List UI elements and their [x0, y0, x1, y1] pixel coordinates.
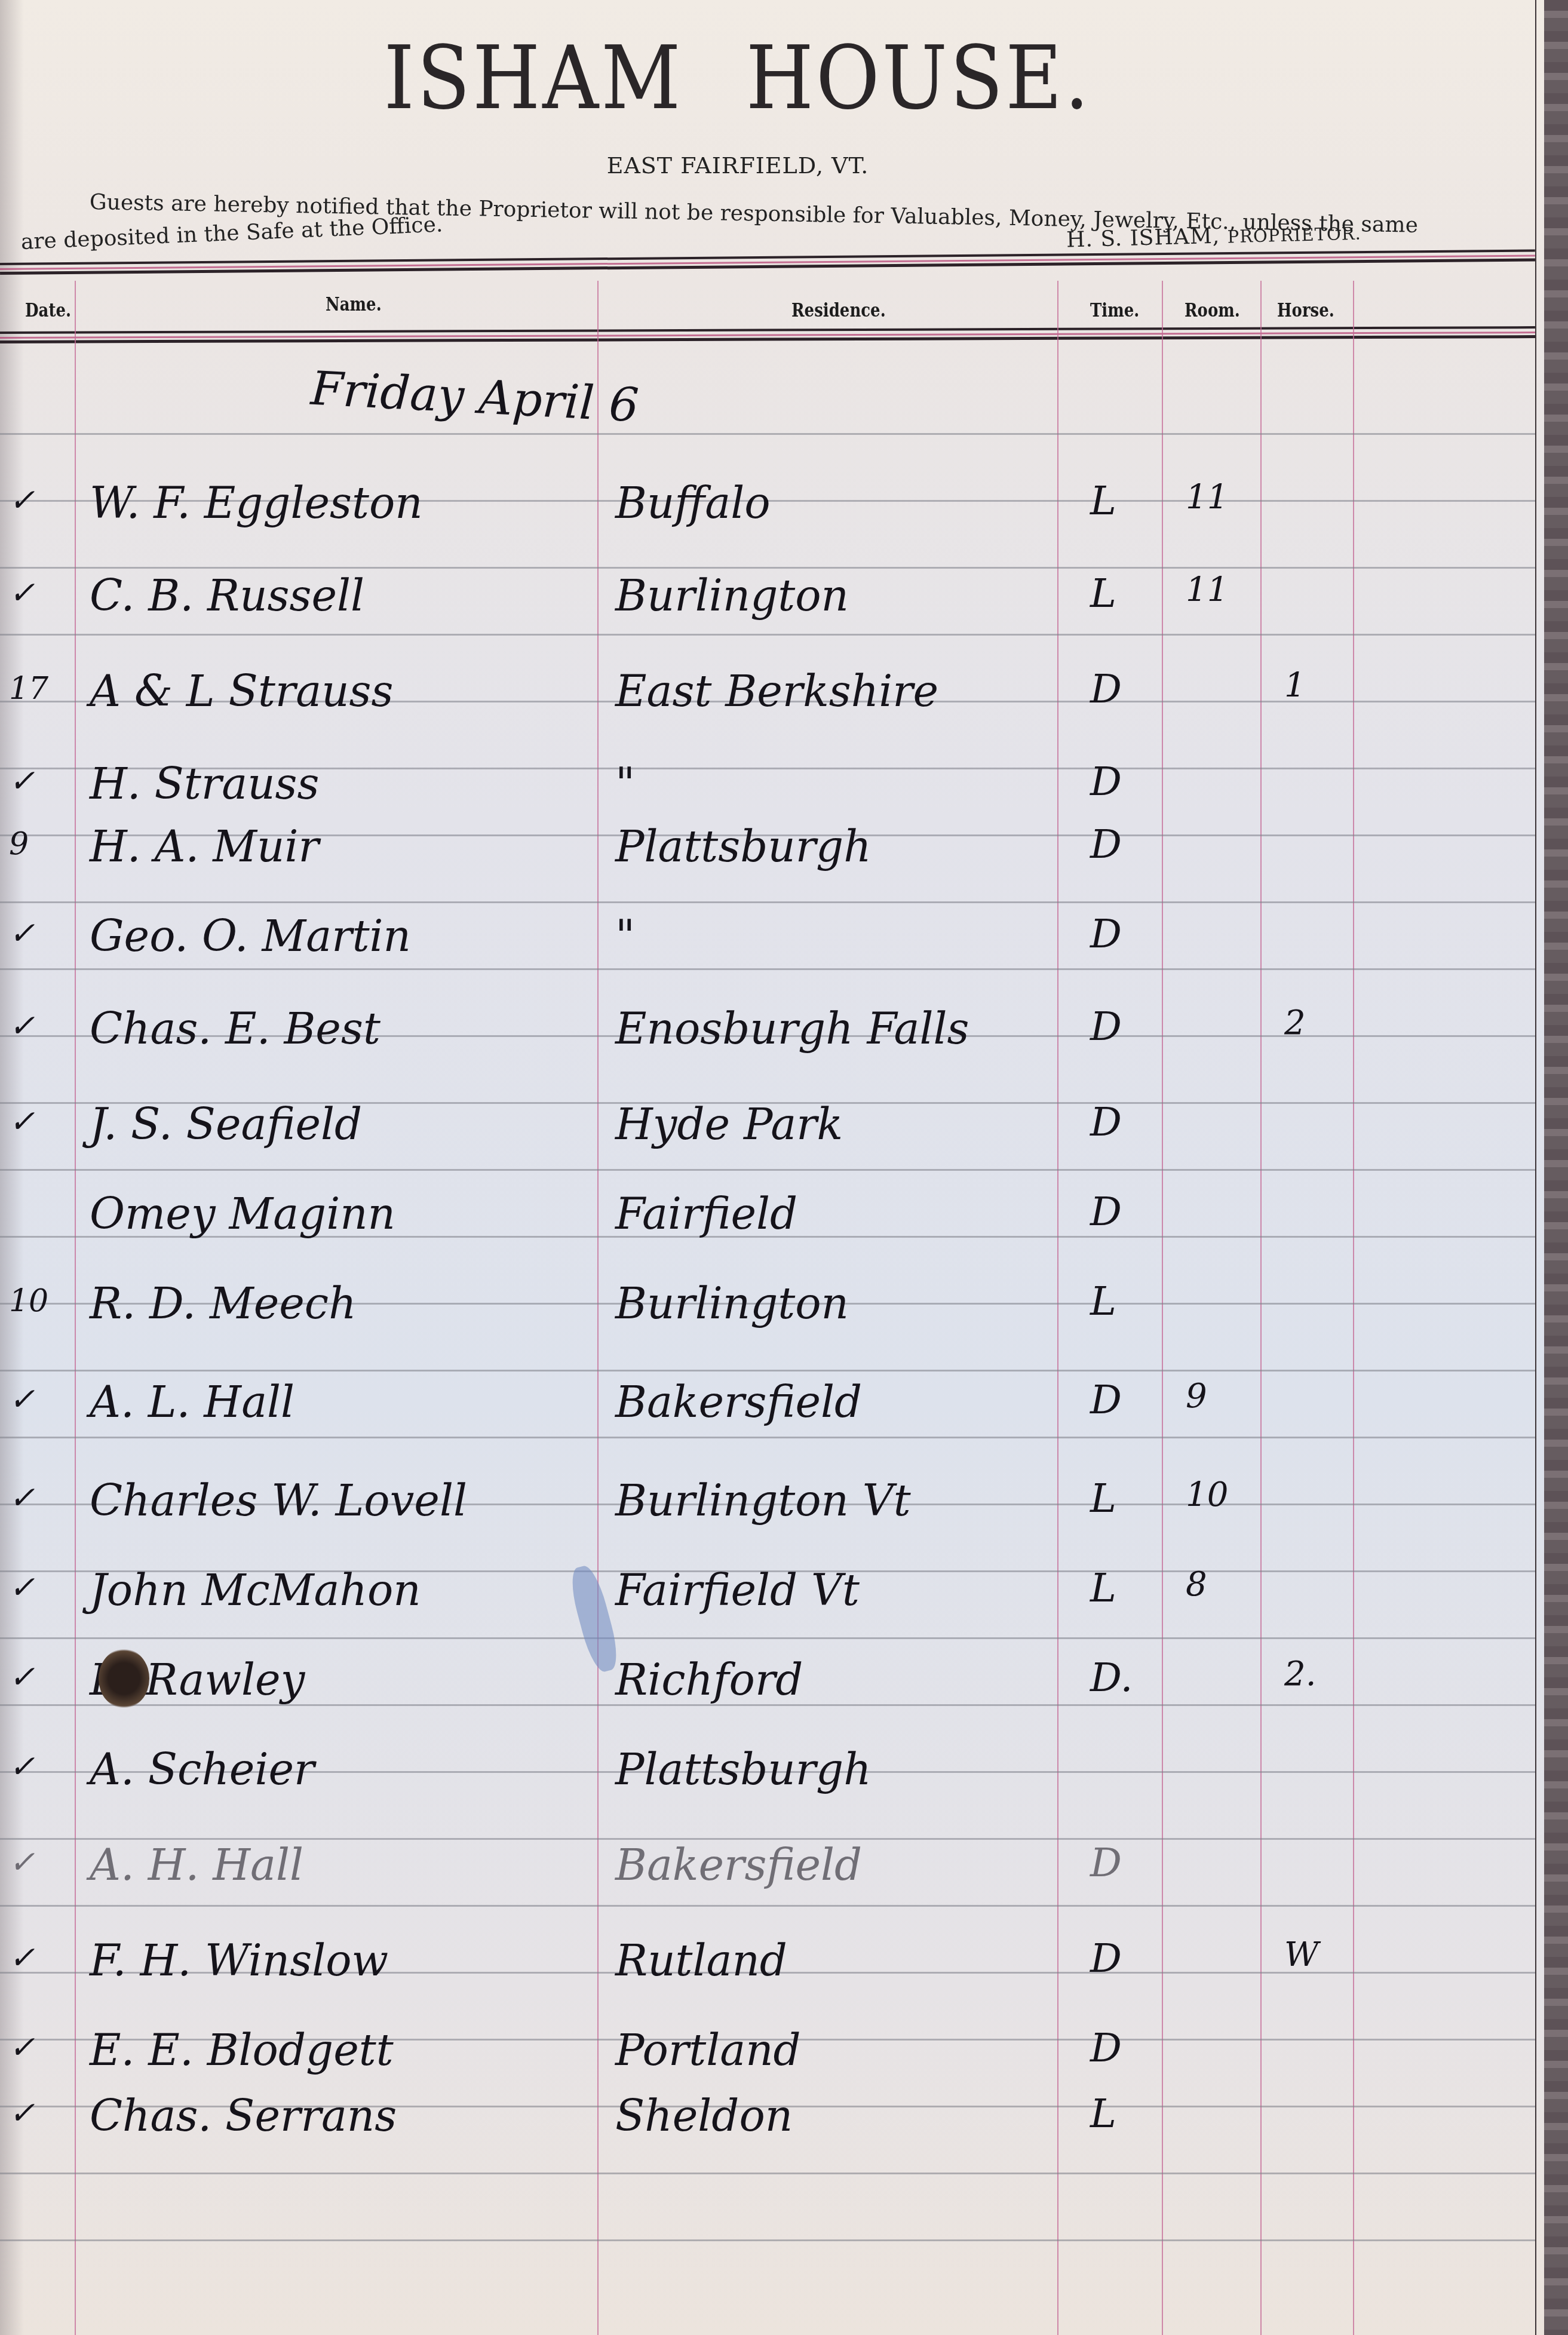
arrival-time: D: [1090, 1840, 1122, 1886]
horse-count: 2.: [1284, 1655, 1316, 1693]
arrival-time: L: [1090, 1565, 1116, 1611]
row-date-mark: ✓: [9, 483, 35, 518]
guest-residence: Burlington: [615, 570, 849, 621]
column-header-date: Date.: [25, 300, 71, 321]
room-number: 9: [1186, 1377, 1207, 1416]
guest-residence: ": [615, 759, 635, 809]
row-date-mark: ✓: [9, 1845, 35, 1880]
guest-name: F. H. Winslow: [90, 1935, 388, 1986]
guest-name: Chas. E. Best: [90, 1004, 381, 1054]
arrival-time: D: [1090, 911, 1122, 957]
ledger-line: [0, 1437, 1535, 1438]
row-date-mark: 10: [9, 1283, 48, 1319]
guest-name: C. B. Russell: [90, 570, 364, 621]
guest-residence: Burlington: [615, 1278, 849, 1328]
guest-name: A. L. Hall: [90, 1377, 294, 1427]
column-divider-time: [1162, 281, 1163, 2335]
guest-name: A & L Strauss: [90, 666, 393, 716]
proprietor-name: H. S. ISHAM,: [1066, 224, 1220, 253]
guest-name: A. Scheier: [90, 1744, 314, 1794]
hotel-location: EAST FAIRFIELD, VT.: [0, 152, 1475, 179]
column-divider-date: [75, 281, 76, 2335]
row-date-mark: ✓: [9, 1940, 35, 1976]
guest-residence: Bakersfield: [615, 1840, 862, 1890]
book-edge: [1544, 0, 1568, 2335]
guest-residence: Portland: [615, 2025, 801, 2075]
arrival-time: L: [1090, 1278, 1116, 1324]
guest-residence: Hyde Park: [615, 1099, 843, 1149]
proprietor-title: PROPRIETOR.: [1227, 223, 1361, 247]
row-date-mark: ✓: [9, 1104, 35, 1140]
guest-residence: Rutland: [615, 1935, 787, 1986]
row-date-mark: ✓: [9, 575, 35, 611]
column-divider-name: [597, 281, 599, 2335]
ledger-line: [0, 1637, 1535, 1639]
column-header-horse: Horse.: [1277, 300, 1334, 321]
column-divider-horse: [1353, 281, 1354, 2335]
arrival-time: L: [1090, 1475, 1116, 1521]
arrival-time: D: [1090, 1377, 1122, 1423]
row-date-mark: ✓: [9, 1749, 35, 1785]
guest-name: John McMahon: [90, 1565, 421, 1615]
guest-residence: Burlington Vt: [615, 1475, 911, 1526]
ink-blot: [99, 1649, 149, 1708]
guest-name: Omey Maginn: [90, 1189, 395, 1239]
date-heading: Friday April 6: [309, 362, 640, 433]
guest-name: R. D. Meech: [90, 1278, 357, 1328]
column-divider-room: [1260, 281, 1262, 2335]
guest-residence: East Berkshire: [615, 666, 938, 716]
row-date-mark: 17: [9, 671, 48, 707]
arrival-time: D: [1090, 666, 1122, 712]
row-date-mark: ✓: [9, 2095, 35, 2131]
ledger-line: [0, 1169, 1535, 1171]
arrival-time: D: [1090, 1189, 1122, 1235]
row-date-mark: 9: [9, 826, 29, 862]
column-header-room: Room.: [1185, 300, 1240, 321]
notice-line-2: are deposited in the Safe at the Office.: [20, 212, 443, 254]
horse-count: 1: [1284, 666, 1306, 705]
register-page: ISHAM HOUSE. EAST FAIRFIELD, VT. Guests …: [0, 0, 1544, 2335]
row-date-mark: ✓: [9, 1008, 35, 1044]
guest-residence: Plattsburgh: [615, 1744, 872, 1794]
column-header-residence: Residence.: [791, 300, 886, 321]
ledger-line: [0, 2173, 1535, 2174]
room-number: 11: [1186, 478, 1228, 517]
arrival-time: L: [1090, 478, 1116, 524]
ledger-line: [0, 634, 1535, 636]
ledger-line: [0, 567, 1535, 569]
row-date-mark: ✓: [9, 1382, 35, 1417]
arrival-time: D: [1090, 1004, 1122, 1050]
column-divider-residence: [1057, 281, 1058, 2335]
hotel-title: ISHAM HOUSE.: [0, 27, 1475, 129]
arrival-time: D: [1090, 2025, 1122, 2071]
arrival-time: D: [1090, 821, 1122, 867]
column-header-time: Time.: [1090, 300, 1139, 321]
guest-residence: Plattsburgh: [615, 821, 872, 872]
ink-smear: [566, 1563, 623, 1675]
column-header-name: Name.: [326, 294, 382, 315]
spine-shadow: [0, 0, 24, 2335]
room-number: 8: [1186, 1565, 1207, 1604]
guest-residence: Bakersfield: [615, 1377, 862, 1427]
ledger-line: [0, 1905, 1535, 1907]
arrival-time: D: [1090, 1099, 1122, 1145]
guest-name: H. A. Muir: [90, 821, 319, 872]
guest-name: A. H. Hall: [90, 1840, 303, 1890]
guest-residence: Fairfield Vt: [615, 1565, 860, 1615]
guest-name: J. S. Seafield: [90, 1099, 362, 1149]
row-date-mark: ✓: [9, 2030, 35, 2066]
arrival-time: D: [1090, 759, 1122, 805]
guest-name: W. F. Eggleston: [90, 478, 423, 528]
arrival-time: D.: [1090, 1655, 1133, 1701]
row-date-mark: ✓: [9, 916, 35, 952]
row-date-mark: ✓: [9, 1659, 35, 1695]
arrival-time: L: [1090, 570, 1116, 616]
ledger-line: [0, 968, 1535, 970]
horse-count: 2: [1284, 1004, 1306, 1042]
header-rule-top: [0, 250, 1535, 277]
guest-name: E. E. Blodgett: [90, 2025, 394, 2075]
horse-count: W: [1284, 1935, 1319, 1974]
guest-name: H. Strauss: [90, 759, 319, 809]
arrival-time: D: [1090, 1935, 1122, 1981]
ledger-line: [0, 2239, 1535, 2241]
arrival-time: L: [1090, 2091, 1116, 2137]
guest-residence: Buffalo: [615, 478, 771, 528]
row-date-mark: ✓: [9, 763, 35, 799]
guest-residence: Enosburgh Falls: [615, 1004, 969, 1054]
guest-name: Geo. O. Martin: [90, 911, 411, 961]
guest-name: Charles W. Lovell: [90, 1475, 467, 1526]
row-date-mark: ✓: [9, 1480, 35, 1516]
room-number: 11: [1186, 570, 1228, 609]
guest-name: Chas. Serrans: [90, 2091, 397, 2141]
guest-residence: ": [615, 911, 635, 961]
ledger-line: [0, 433, 1535, 435]
ledger-line: [0, 1370, 1535, 1371]
ledger-line: [0, 901, 1535, 903]
room-number: 10: [1186, 1475, 1228, 1514]
guest-residence: Fairfield: [615, 1189, 797, 1239]
row-date-mark: ✓: [9, 1570, 35, 1606]
guest-residence: Sheldon: [615, 2091, 793, 2141]
header-rule-bottom: [0, 326, 1535, 346]
page-edge-line: [1535, 0, 1536, 2335]
guest-residence: Richford: [615, 1655, 803, 1705]
